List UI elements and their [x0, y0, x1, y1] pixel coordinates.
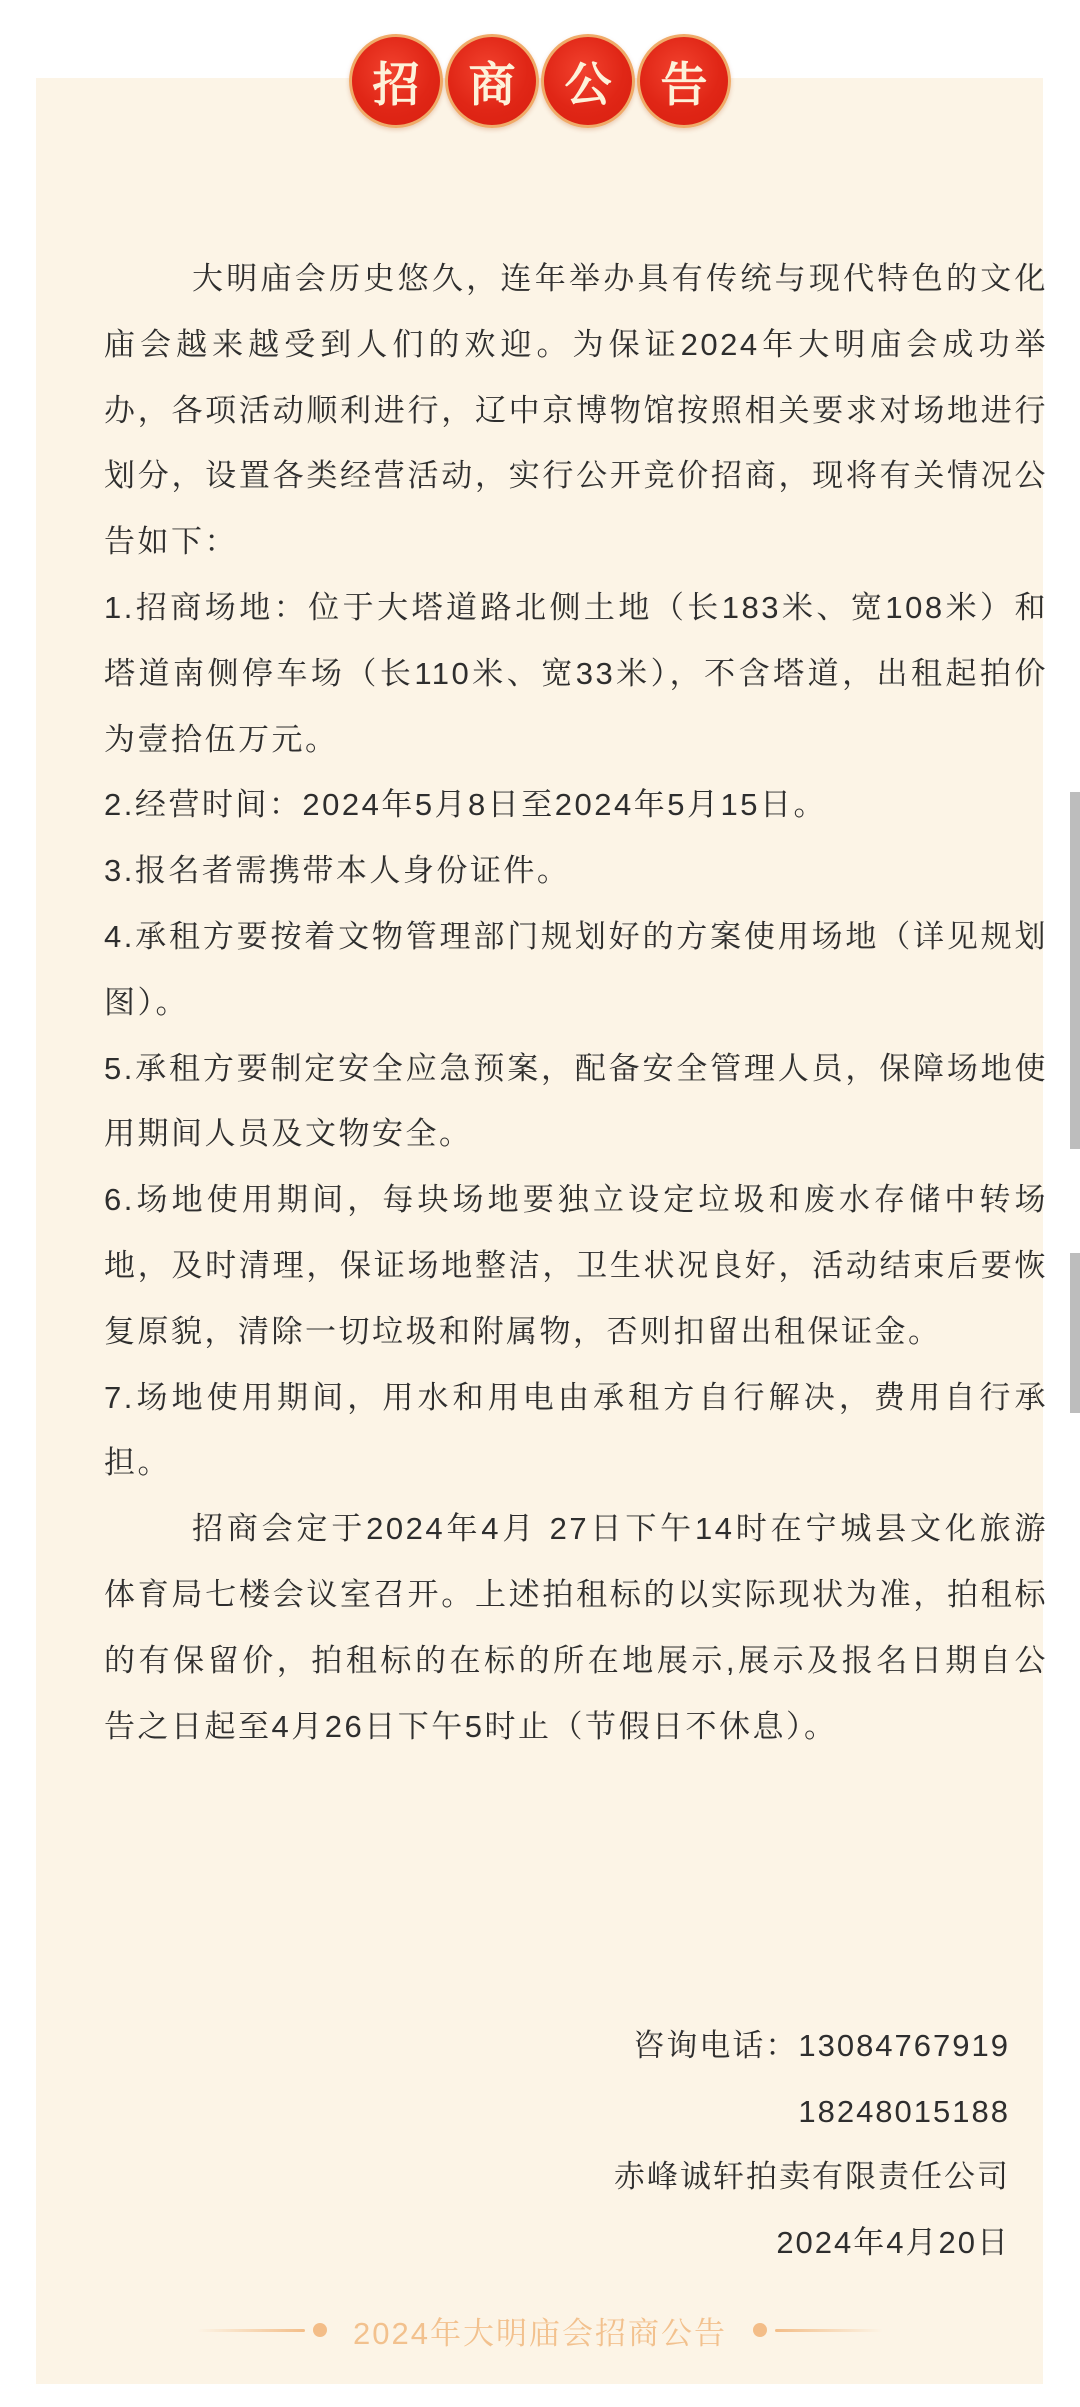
- item-6-sanitation: 6.场地使用期间，每块场地要独立设定垃圾和废水存储中转场地，及时清理，保证场地整…: [104, 1167, 1048, 1364]
- title-badge-4-char: 告: [661, 48, 708, 115]
- title-badge-1-char: 招: [373, 48, 420, 115]
- footer-line-right: [775, 2329, 883, 2332]
- contact-phone-2: 18248015188: [614, 2079, 1010, 2145]
- announcement-page: 招 商 公 告 大明庙会历史悠久，连年举办具有传统与现代特色的文化庙会越来越受到…: [0, 0, 1080, 2407]
- intro-paragraph: 大明庙会历史悠久，连年举办具有传统与现代特色的文化庙会越来越受到人们的欢迎。为保…: [104, 246, 1048, 575]
- item-4-site-plan: 4.承租方要按着文物管理部门规划好的方案使用场地（详见规划图）。: [104, 904, 1048, 1036]
- contact-phone-line: 咨询电话：13084767919: [614, 2013, 1010, 2079]
- title-badge-3-char: 公: [565, 48, 612, 115]
- scrollbar-thumb-lower[interactable]: [1070, 1253, 1080, 1413]
- title-badges: 招 商 公 告: [0, 34, 1080, 128]
- scrollbar-thumb-upper[interactable]: [1070, 792, 1080, 1149]
- contact-date: 2024年4月20日: [614, 2210, 1010, 2276]
- title-badge-1: 招: [349, 34, 443, 128]
- footer-line-left: [197, 2329, 305, 2332]
- title-badge-3: 公: [541, 34, 635, 128]
- title-badge-4: 告: [637, 34, 731, 128]
- contact-block: 咨询电话：13084767919 18248015188 赤峰诚轩拍卖有限责任公…: [614, 2013, 1010, 2276]
- announcement-body: 大明庙会历史悠久，连年举办具有传统与现代特色的文化庙会越来越受到人们的欢迎。为保…: [104, 246, 1048, 1759]
- footer-dot-right-icon: [753, 2323, 767, 2337]
- item-5-safety-plan: 5.承租方要制定安全应急预案，配备安全管理人员，保障场地使用期间人员及文物安全。: [104, 1036, 1048, 1168]
- footer-dot-left-icon: [313, 2323, 327, 2337]
- footer-title: 2024年大明庙会招商公告: [353, 2308, 727, 2353]
- title-badge-2: 商: [445, 34, 539, 128]
- item-3-id-requirement: 3.报名者需携带本人身份证件。: [104, 838, 1048, 904]
- contact-company-name: 赤峰诚轩拍卖有限责任公司: [614, 2144, 1010, 2210]
- closing-paragraph: 招商会定于2024年4月 27日下午14时在宁城县文化旅游体育局七楼会议室召开。…: [104, 1496, 1048, 1759]
- title-badge-2-char: 商: [469, 48, 516, 115]
- item-1-venue: 1.招商场地：位于大塔道路北侧土地（长183米、宽108米）和塔道南侧停车场（长…: [104, 575, 1048, 772]
- item-7-utilities: 7.场地使用期间，用水和用电由承租方自行解决，费用自行承担。: [104, 1365, 1048, 1497]
- footer-banner: 2024年大明庙会招商公告: [0, 2306, 1080, 2354]
- item-2-operating-time: 2.经营时间：2024年5月8日至2024年5月15日。: [104, 772, 1048, 838]
